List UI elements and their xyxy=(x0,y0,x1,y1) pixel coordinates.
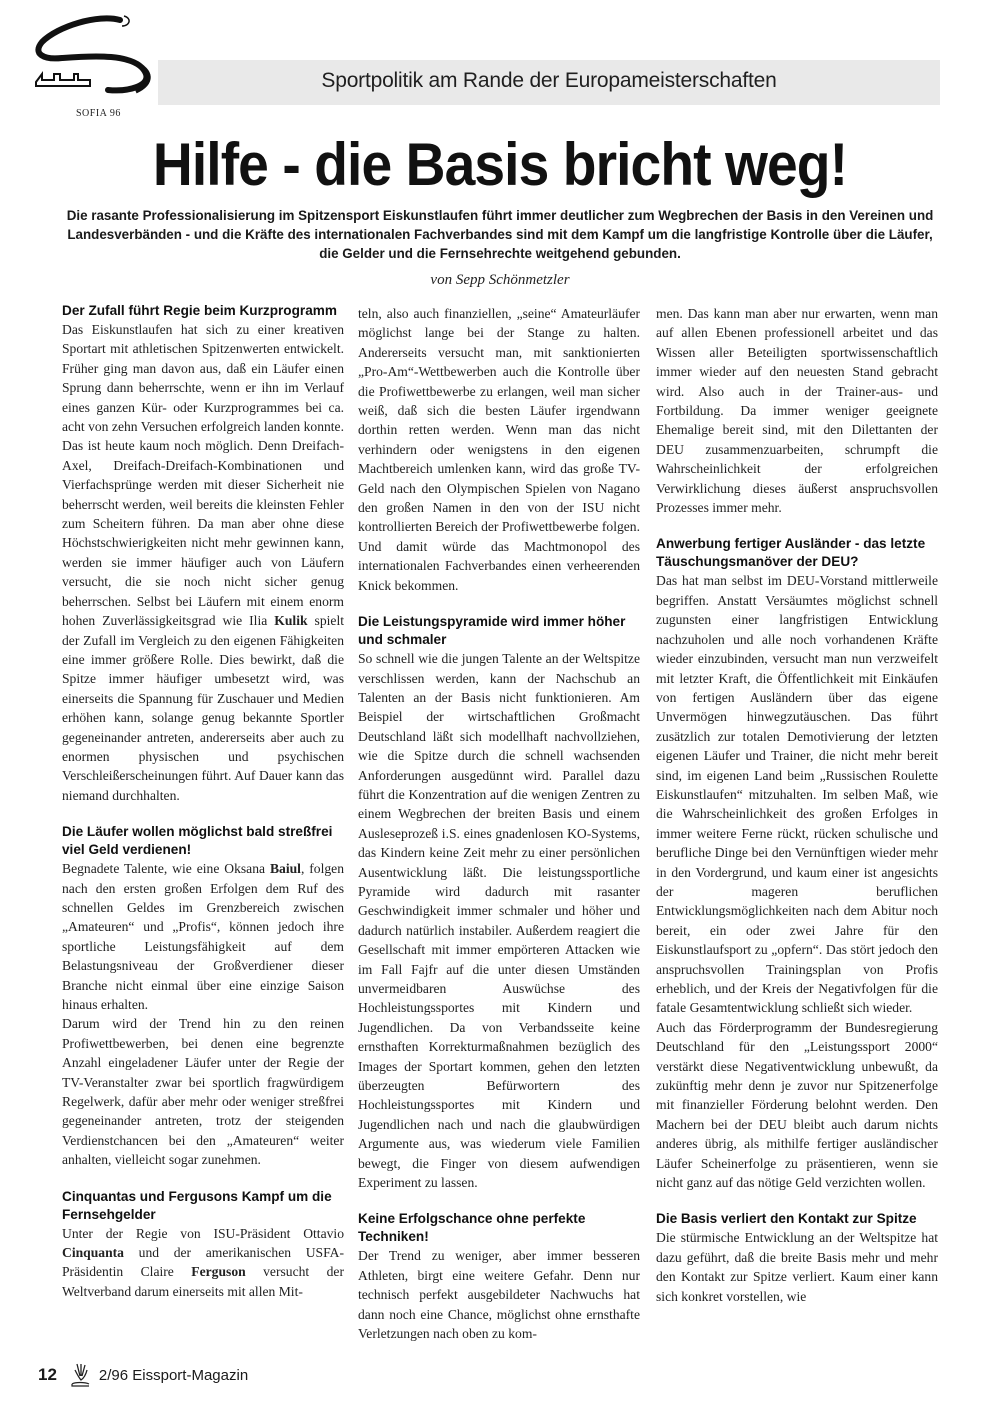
text-run: spielt der Zufall im Vergleich zu den ei… xyxy=(62,613,344,803)
byline: von Sepp Schönmetzler xyxy=(0,272,1000,289)
paragraph: Der Trend zu weniger, aber immer bessere… xyxy=(358,1246,640,1343)
section-heading: Cinquantas und Fergusons Kampf um die Fe… xyxy=(62,1188,344,1224)
paragraph: Darum wird der Trend hin zu den reinen P… xyxy=(62,1014,344,1169)
text-run: , folgen nach den ersten großen Erfolgen… xyxy=(62,861,344,1012)
sofia-96-logo: SOFIA 96 xyxy=(28,12,158,112)
text-run: Unter der Regie von ISU-Präsident Ottavi… xyxy=(62,1226,344,1241)
bold-name: Ferguson xyxy=(191,1264,245,1279)
bold-name: Baiul xyxy=(270,861,301,876)
page-footer: 12 2/96 Eissport-Magazin xyxy=(38,1362,248,1388)
text-run: Das Eiskunstlaufen hat sich zu einer kre… xyxy=(62,322,344,628)
paragraph: So schnell wie die jungen Talente an der… xyxy=(358,649,640,1192)
paragraph: Das hat man selbst im DEU-Vorstand mittl… xyxy=(656,571,938,1017)
magazine-issue: 2/96 Eissport-Magazin xyxy=(99,1367,248,1384)
paragraph: teln, also auch finanziellen, „seine“ Am… xyxy=(358,304,640,595)
kicker-band: Sportpolitik am Rande der Europameisters… xyxy=(158,60,940,105)
logo-caption: SOFIA 96 xyxy=(76,108,121,119)
bold-name: Cinquanta xyxy=(62,1245,124,1260)
article-column-1: Der Zufall führt Regie beim Kurzprogramm… xyxy=(62,302,344,1301)
paragraph: Begnadete Talente, wie eine Oksana Baiul… xyxy=(62,859,344,1014)
skating-s-logo-icon xyxy=(28,12,158,102)
section-heading: Der Zufall führt Regie beim Kurzprogramm xyxy=(62,302,344,320)
section-heading: Keine Erfolgschance ohne perfekte Techni… xyxy=(358,1210,640,1246)
bold-name: Kulik xyxy=(274,613,307,628)
section-heading: Die Läufer wollen möglichst bald streßfr… xyxy=(62,823,344,859)
article-column-2: teln, also auch finanziellen, „seine“ Am… xyxy=(358,304,640,1344)
paragraph: Unter der Regie von ISU-Präsident Ottavi… xyxy=(62,1224,344,1302)
article-column-3: men. Das kann man aber nur erwarten, wen… xyxy=(656,304,938,1306)
paragraph: Das Eiskunstlaufen hat sich zu einer kre… xyxy=(62,320,344,805)
paragraph: men. Das kann man aber nur erwarten, wen… xyxy=(656,304,938,517)
paragraph: Auch das Förderprogramm der Bundesregier… xyxy=(656,1018,938,1193)
kicker-title: Sportpolitik am Rande der Europameisters… xyxy=(158,69,940,93)
paragraph: Die stürmische Entwicklung an der Weltsp… xyxy=(656,1228,938,1306)
section-heading: Die Leistungspyramide wird immer höher u… xyxy=(358,613,640,649)
section-heading: Anwerbung fertiger Ausländer - das letzt… xyxy=(656,535,938,571)
article-lead: Die rasante Professionalisierung im Spit… xyxy=(60,206,940,263)
skater-logo-icon xyxy=(69,1362,91,1388)
text-run: Begnadete Talente, wie eine Oksana xyxy=(62,861,270,876)
article-headline: Hilfe - die Basis bricht weg! xyxy=(40,130,960,199)
section-heading: Die Basis verliert den Kontakt zur Spitz… xyxy=(656,1210,938,1228)
page-number: 12 xyxy=(38,1365,57,1385)
